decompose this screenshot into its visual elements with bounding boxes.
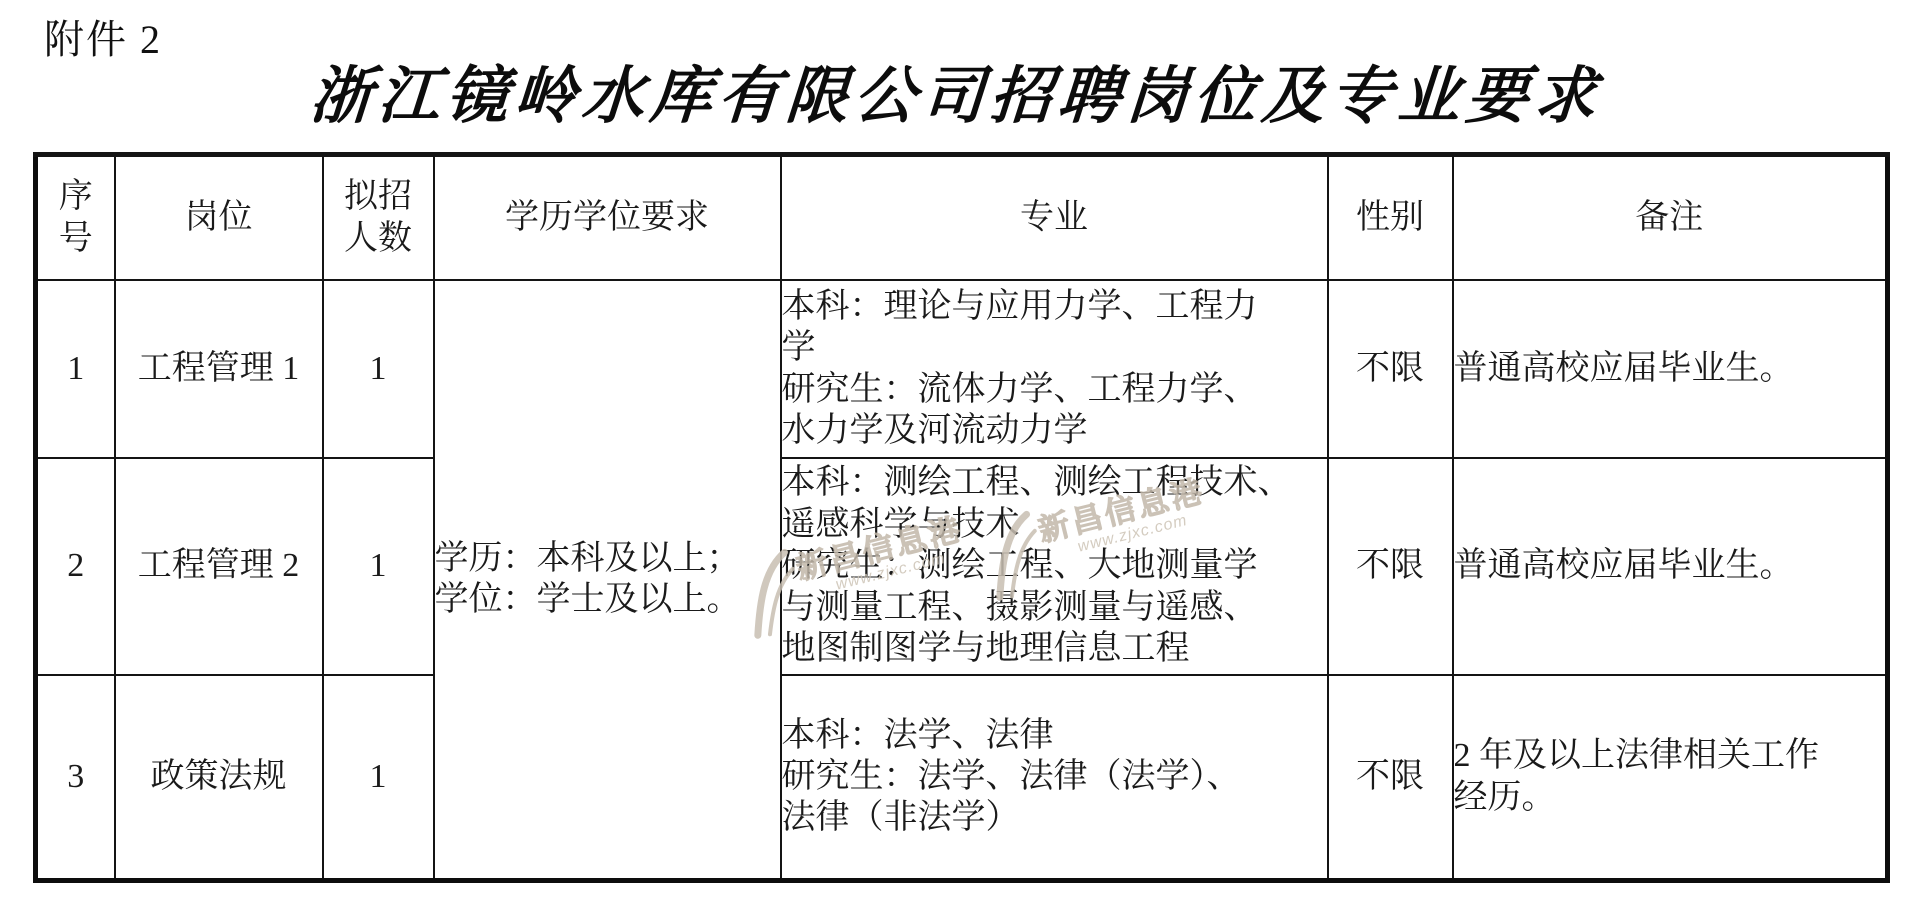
cell-major-3: 本科：法学、法律 研究生：法学、法律（法学）、 法律（非法学） bbox=[781, 675, 1328, 881]
cell-major-1: 本科：理论与应用力学、工程力 学 研究生：流体力学、工程力学、 水力学及河流动力… bbox=[781, 280, 1328, 458]
cell-index-1: 1 bbox=[36, 280, 115, 458]
cell-gender-1: 不限 bbox=[1328, 280, 1453, 458]
col-header-position: 岗位 bbox=[115, 155, 323, 280]
col-header-remarks: 备注 bbox=[1453, 155, 1888, 280]
table-row-1: 1 工程管理 1 1 学历：本科及以上； 学位：学士及以上。 本科：理论与应用力… bbox=[36, 280, 1888, 458]
cell-gender-3: 不限 bbox=[1328, 675, 1453, 881]
table-row-2: 2 工程管理 2 1 本科：测绘工程、测绘工程技术、 遥感科学与技术 研究生：测… bbox=[36, 458, 1888, 675]
cell-education-merged: 学历：本科及以上； 学位：学士及以上。 bbox=[434, 280, 781, 881]
cell-index-2: 2 bbox=[36, 458, 115, 675]
cell-position-3: 政策法规 bbox=[115, 675, 323, 881]
cell-remarks-1: 普通高校应届毕业生。 bbox=[1453, 280, 1888, 458]
cell-remarks-2: 普通高校应届毕业生。 bbox=[1453, 458, 1888, 675]
cell-remarks-3: 2 年及以上法律相关工作 经历。 bbox=[1453, 675, 1888, 881]
cell-position-2: 工程管理 2 bbox=[115, 458, 323, 675]
cell-index-3: 3 bbox=[36, 675, 115, 881]
table-header-row: 序 号 岗位 拟招 人数 学历学位要求 专业 性别 备注 bbox=[36, 155, 1888, 280]
cell-position-1: 工程管理 1 bbox=[115, 280, 323, 458]
table-row-3: 3 政策法规 1 本科：法学、法律 研究生：法学、法律（法学）、 法律（非法学）… bbox=[36, 675, 1888, 881]
recruitment-table: 序 号 岗位 拟招 人数 学历学位要求 专业 性别 备注 1 工程管理 1 1 … bbox=[33, 152, 1890, 883]
col-header-gender: 性别 bbox=[1328, 155, 1453, 280]
cell-headcount-3: 1 bbox=[323, 675, 434, 881]
col-header-major: 专业 bbox=[781, 155, 1328, 280]
cell-headcount-2: 1 bbox=[323, 458, 434, 675]
cell-major-2: 本科：测绘工程、测绘工程技术、 遥感科学与技术 研究生：测绘工程、大地测量学 与… bbox=[781, 458, 1328, 675]
col-header-headcount: 拟招 人数 bbox=[323, 155, 434, 280]
scanned-document-page: { "page": { "attachment_label": "附件 2", … bbox=[0, 0, 1913, 897]
col-header-education: 学历学位要求 bbox=[434, 155, 781, 280]
col-header-index: 序 号 bbox=[36, 155, 115, 280]
document-title: 浙江镜岭水库有限公司招聘岗位及专业要求 bbox=[0, 46, 1913, 135]
cell-gender-2: 不限 bbox=[1328, 458, 1453, 675]
cell-headcount-1: 1 bbox=[323, 280, 434, 458]
